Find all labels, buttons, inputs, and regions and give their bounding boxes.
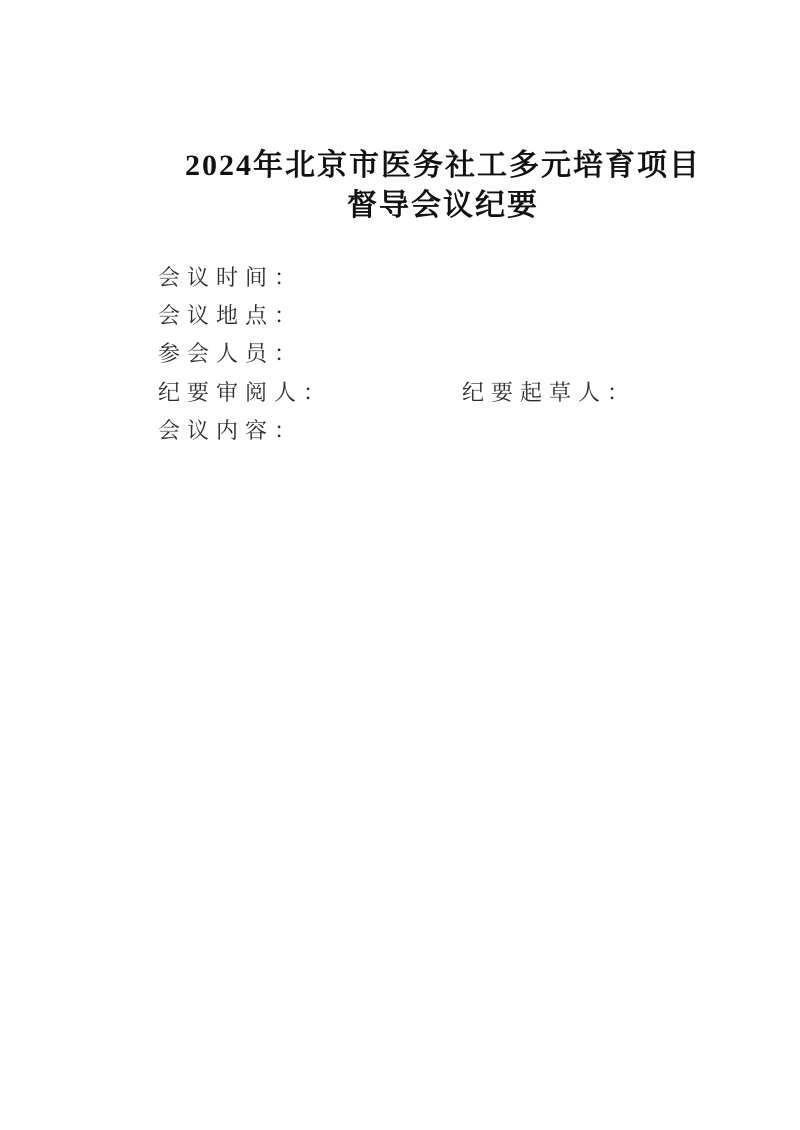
field-row-signers: 纪要审阅人：纪要起草人： [158, 378, 800, 408]
meeting-content-label: 会议内容： [158, 418, 303, 443]
document-title-line2: 督导会议纪要 [86, 186, 800, 226]
meeting-place-label: 会议地点： [158, 303, 303, 328]
field-row-meeting-place: 会议地点： [158, 301, 800, 331]
document-title-line1: 2024年北京市医务社工多元培育项目 [86, 146, 800, 186]
field-row-meeting-content: 会议内容： [158, 416, 800, 446]
attendees-label: 参会人员： [158, 341, 303, 366]
meeting-time-label: 会议时间： [158, 265, 303, 290]
field-row-meeting-time: 会议时间： [158, 263, 800, 293]
drafter-label: 纪要起草人： [462, 378, 636, 408]
reviewer-label: 纪要审阅人： [158, 380, 332, 405]
document-title: 2024年北京市医务社工多元培育项目 督导会议纪要 [0, 146, 800, 226]
document-page: 2024年北京市医务社工多元培育项目 督导会议纪要 会议时间： 会议地点： 参会… [0, 0, 800, 1130]
field-row-attendees: 参会人员： [158, 339, 800, 369]
